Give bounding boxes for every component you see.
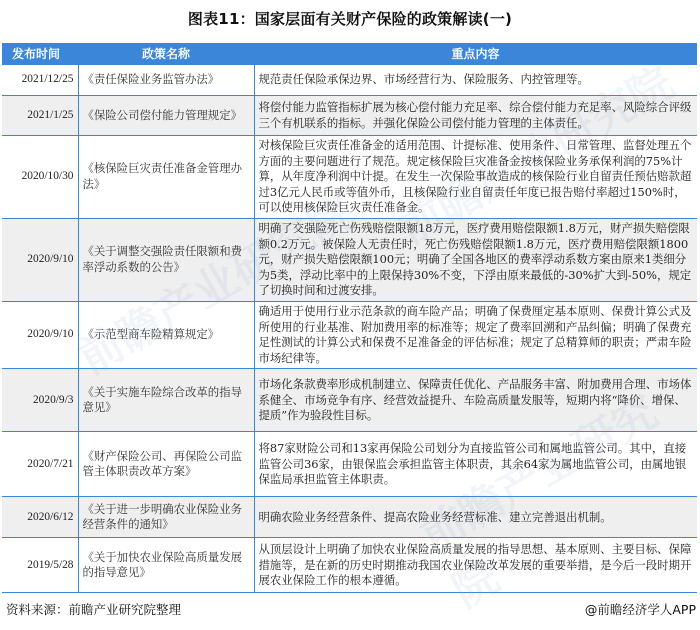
row-policy-name: 《关于实施车险综合改革的指导意见》 <box>78 369 254 432</box>
row-content: 将偿付能力监管指标扩展为核心偿付能力充足率、综合偿付能力充足率、风险综合评级三个… <box>254 96 697 136</box>
header-key-content: 重点内容 <box>254 43 697 65</box>
row-content: 确适用于使用行业示范条款的商车险产品；明确了保费厘定基本原则、保费计算公式及所使… <box>254 301 697 368</box>
row-date: 2020/6/12 <box>2 497 78 538</box>
row-policy-name: 《保险公司偿付能力管理规定》 <box>78 96 254 136</box>
table-header-row: 发布时间 政策名称 重点内容 <box>2 43 697 65</box>
source-note: 资料来源：前瞻产业研究院整理 <box>6 600 181 618</box>
row-policy-name: 《财产保险公司、再保险公司监管主体职责改革方案》 <box>78 432 254 497</box>
row-content: 市场化条款费率形成机制建立、保障责任优化、产品服务丰富、附加费用合理、市场体系健… <box>254 369 697 432</box>
row-policy-name: 《关于进一步明确农业保险业务经营条件的通知》 <box>78 497 254 538</box>
row-policy-name: 《责任保险业务监管办法》 <box>78 65 254 96</box>
row-date: 2020/9/10 <box>2 218 78 301</box>
credit-note: @前瞻经济学人APP <box>585 600 696 618</box>
row-content: 对核保险巨灾责任准备金的适用范围、计提标准、使用条件、日常管理、监督处理五个方面… <box>254 136 697 219</box>
row-date: 2020/9/3 <box>2 369 78 432</box>
table-row: 2020/9/3 《关于实施车险综合改革的指导意见》 市场化条款费率形成机制建立… <box>2 369 697 432</box>
table-row: 2020/10/30 《核保险巨灾责任准备金管理办法》 对核保险巨灾责任准备金的… <box>2 136 697 219</box>
row-policy-name: 《关于调整交强险责任限额和费率浮动系数的公告》 <box>78 218 254 301</box>
policy-table: 发布时间 政策名称 重点内容 2021/12/25 《责任保险业务监管办法》 规… <box>2 43 697 593</box>
row-policy-name: 《核保险巨灾责任准备金管理办法》 <box>78 136 254 219</box>
table-row: 2021/1/25 《保险公司偿付能力管理规定》 将偿付能力监管指标扩展为核心偿… <box>2 96 697 136</box>
table-row: 2021/12/25 《责任保险业务监管办法》 规范责任保险承保边界、市场经营行… <box>2 65 697 96</box>
row-content: 明确了交强险死亡伤残赔偿限额18万元，医疗费用赔偿限额1.8万元，财产损失赔偿限… <box>254 218 697 301</box>
row-date: 2020/10/30 <box>2 136 78 219</box>
row-policy-name: 《示范型商车险精算规定》 <box>78 301 254 368</box>
row-content: 明确农险业务经营条件、提高农险业务经营标准、建立完善退出机制。 <box>254 497 697 538</box>
row-policy-name: 《关于加快农业保险高质量发展的指导意见》 <box>78 538 254 593</box>
table-row: 2020/9/10 《示范型商车险精算规定》 确适用于使用行业示范条款的商车险产… <box>2 301 697 368</box>
figure-title: 图表11：国家层面有关财产保险的政策解读(一) <box>0 8 700 29</box>
row-date: 2020/7/21 <box>2 432 78 497</box>
row-content: 从顶层设计上明确了加快农业保险高质量发展的指导思想、基本原则、主要目标、保障措施… <box>254 538 697 593</box>
header-date: 发布时间 <box>2 43 78 65</box>
row-content: 规范责任保险承保边界、市场经营行为、保险服务、内控管理等。 <box>254 65 697 96</box>
row-date: 2021/1/25 <box>2 96 78 136</box>
header-policy-name: 政策名称 <box>78 43 254 65</box>
row-date: 2019/5/28 <box>2 538 78 593</box>
table-row: 2019/5/28 《关于加快农业保险高质量发展的指导意见》 从顶层设计上明确了… <box>2 538 697 593</box>
table-row: 2020/9/10 《关于调整交强险责任限额和费率浮动系数的公告》 明确了交强险… <box>2 218 697 301</box>
table-row: 2020/7/21 《财产保险公司、再保险公司监管主体职责改革方案》 将87家财… <box>2 432 697 497</box>
row-date: 2020/9/10 <box>2 301 78 368</box>
row-content: 将87家财险公司和13家再保险公司划分为直接监管公司和属地监管公司。其中，直接监… <box>254 432 697 497</box>
row-date: 2021/12/25 <box>2 65 78 96</box>
table-row: 2020/6/12 《关于进一步明确农业保险业务经营条件的通知》 明确农险业务经… <box>2 497 697 538</box>
